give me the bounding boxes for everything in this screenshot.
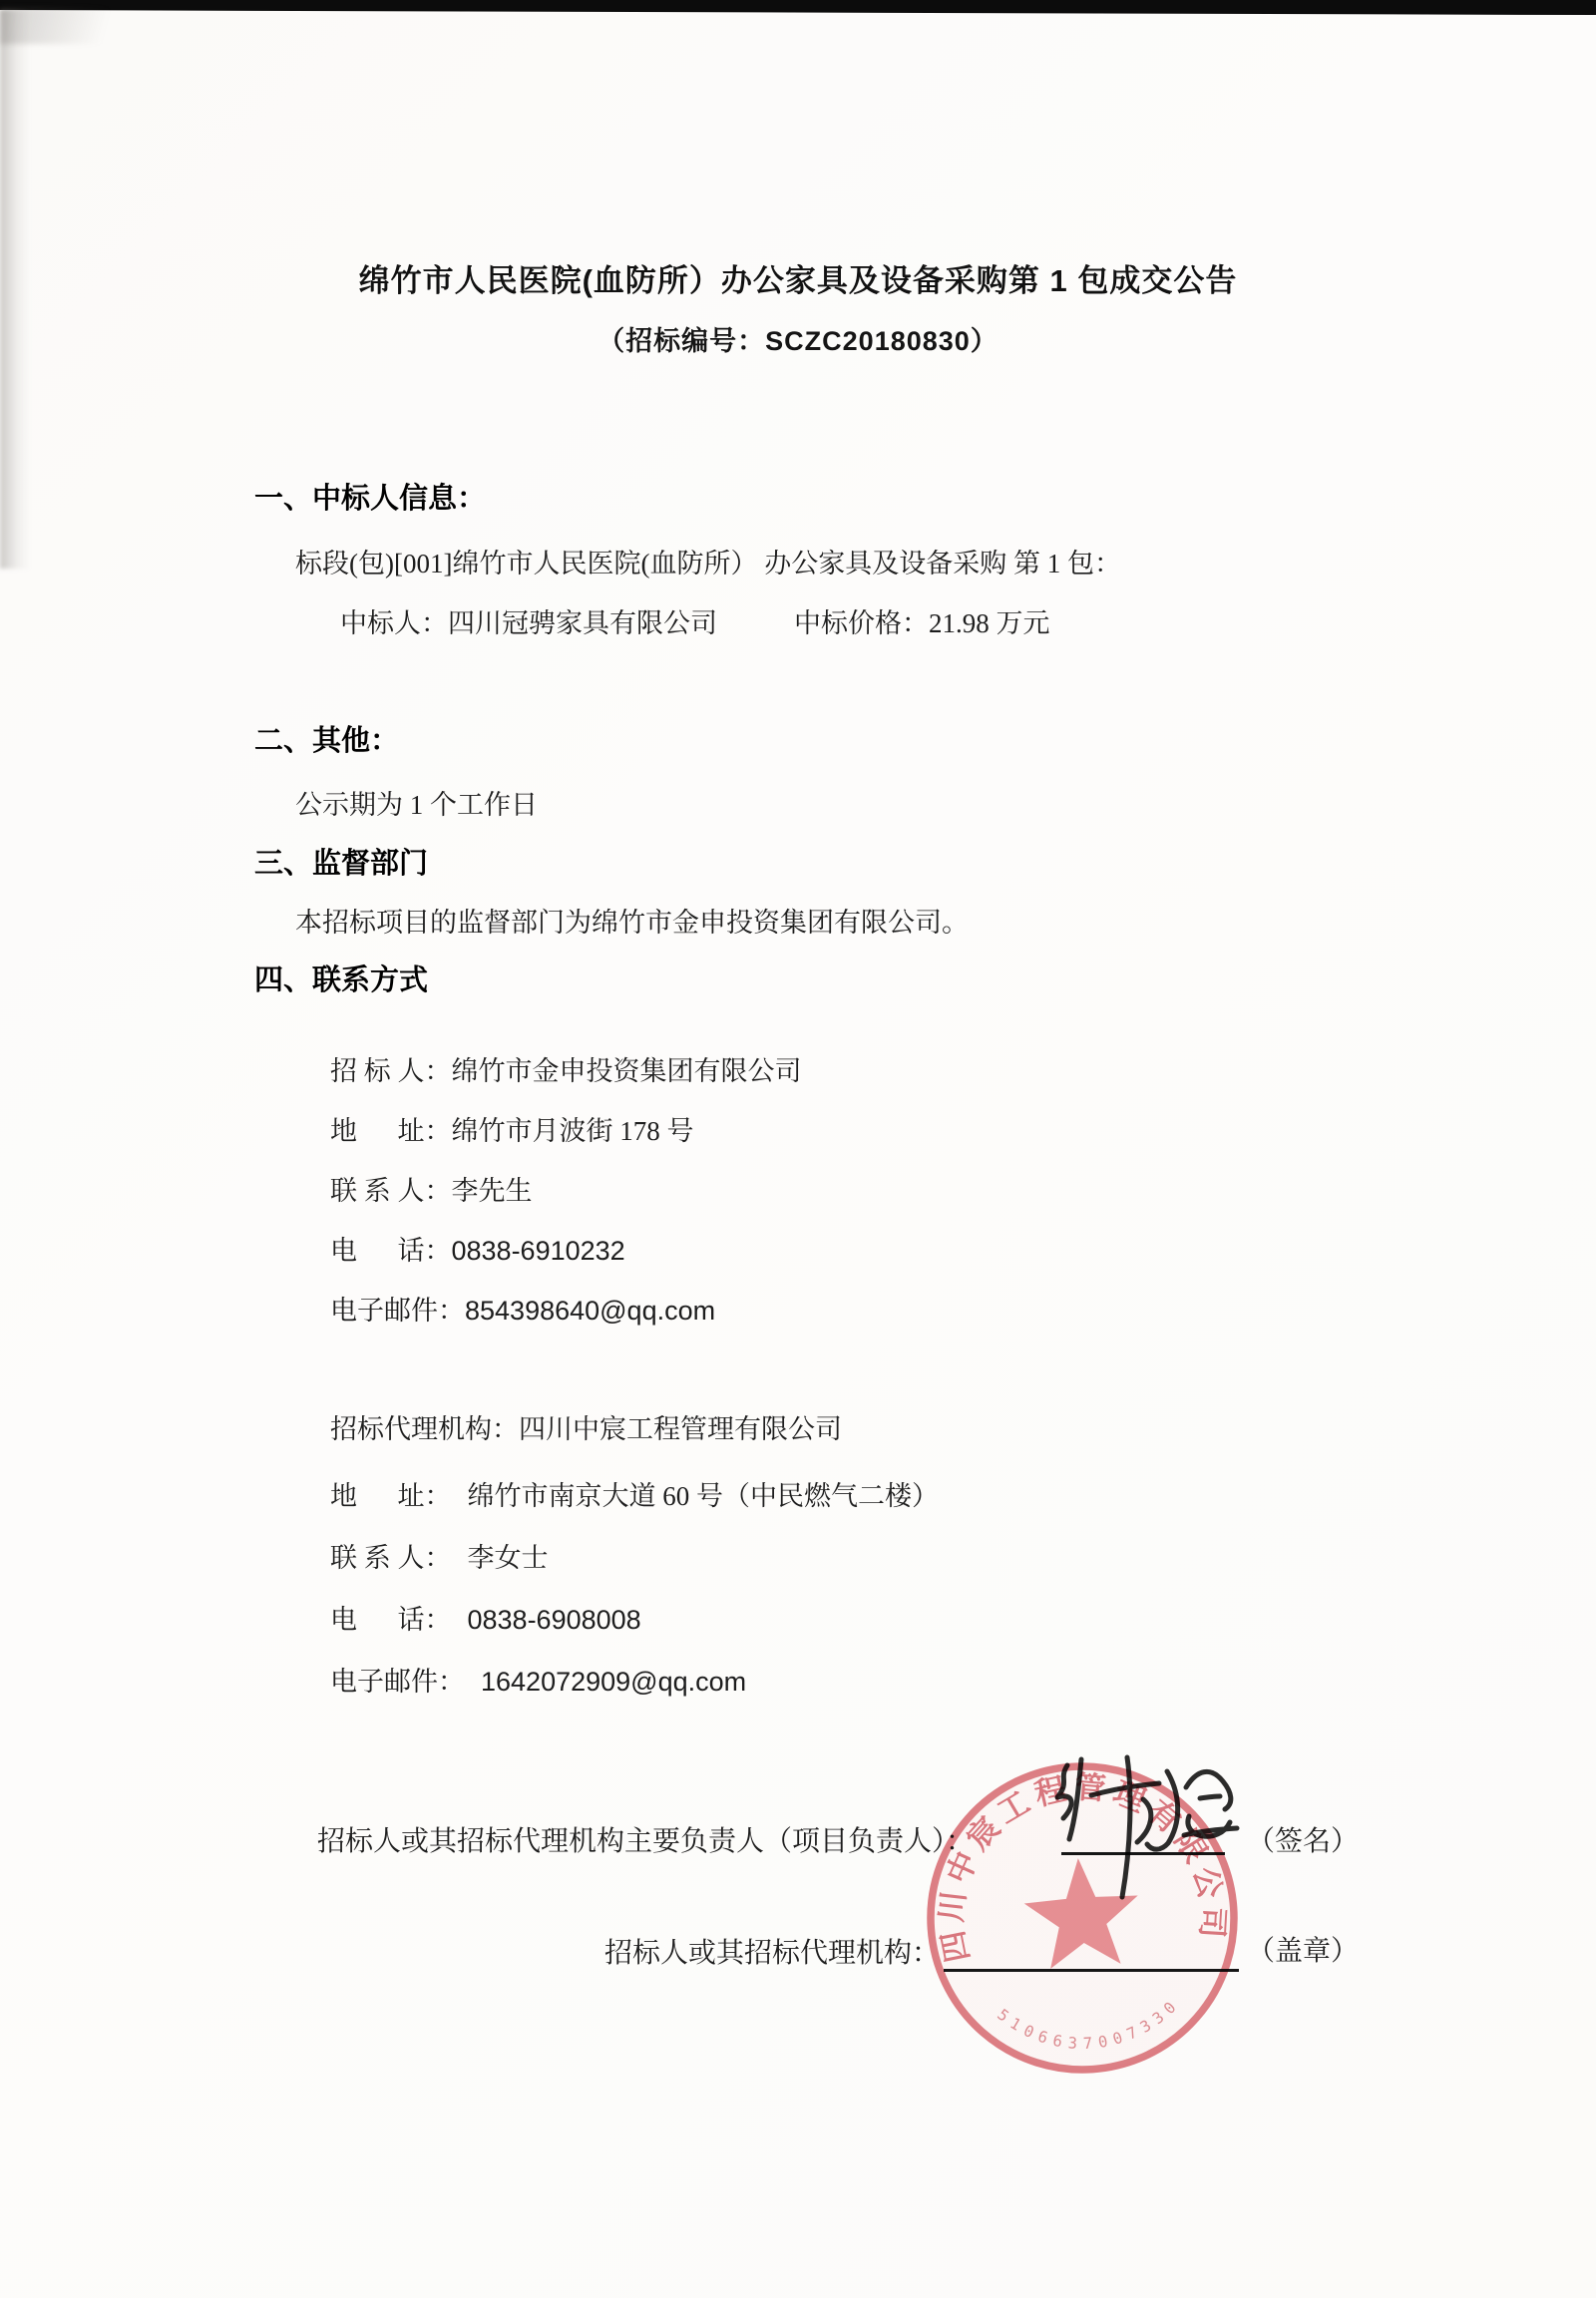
scan-corner-shadow — [0, 8, 150, 44]
section1-price: 中标价格：21.98 万元 — [794, 601, 1050, 640]
section1-lot-line: 标段(包)[001]绵竹市人民医院(血防所） 办公家具及设备采购 第 1 包： — [295, 542, 1121, 580]
signoff-line2-label: 招标人或其招标代理机构： — [604, 1931, 940, 1971]
section3-body: 本招标项目的监督部门为绵竹市金申投资集团有限公司。 — [295, 901, 969, 940]
field-label: 招标代理机构： — [330, 1414, 519, 1444]
section4-heading: 四、联系方式 — [254, 957, 428, 998]
tenderer-row: 电子邮件：854398640@qq.com — [303, 1258, 715, 1358]
field-label: 电子邮件： — [330, 1296, 465, 1326]
doc-subtitle: （招标编号：SCZC20180830） — [0, 319, 1596, 358]
field-value: 四川中宸工程管理有限公司 — [519, 1414, 842, 1444]
scanned-page: 绵竹市人民医院(血防所）办公家具及设备采购第 1 包成交公告 （招标编号：SCZ… — [0, 0, 1596, 2298]
section1-winner: 中标人：四川冠骋家具有限公司 — [340, 601, 717, 640]
section1-heading: 一、中标人信息： — [254, 476, 486, 517]
field-value: 854398640@qq.com — [465, 1296, 715, 1326]
handwritten-signature — [1039, 1745, 1254, 1913]
field-value: 1642072909@qq.com — [481, 1667, 746, 1697]
section3-heading: 三、监督部门 — [254, 841, 428, 882]
doc-title: 绵竹市人民医院(血防所）办公家具及设备采购第 1 包成交公告 — [0, 255, 1596, 300]
scan-edge-artifact — [0, 0, 1596, 15]
signoff-line1-suffix: （签名） — [1247, 1819, 1359, 1859]
section2-heading: 二、其他： — [254, 718, 399, 759]
signoff-line1-label: 招标人或其招标代理机构主要负责人（项目负责人）： — [317, 1819, 974, 1859]
signoff-line2-suffix: （盖章） — [1247, 1929, 1359, 1969]
field-label: 电子邮件： — [330, 1667, 465, 1697]
section2-body: 公示期为 1 个工作日 — [295, 783, 538, 822]
agency-row: 电子邮件：1642072909@qq.com — [303, 1629, 746, 1729]
